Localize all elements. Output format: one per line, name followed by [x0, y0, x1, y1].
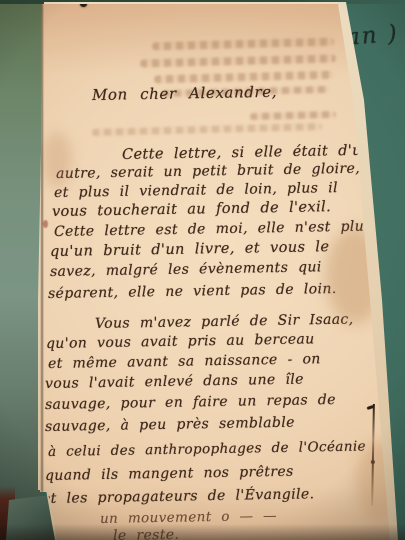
letter-line: Cette lettre est de moi, elle n'est plus — [54, 218, 372, 240]
letter-page: Mon cher Alexandre, Cette lettre, si ell… — [0, 0, 405, 540]
bleedthrough-line — [140, 54, 336, 67]
bleedthrough-line — [152, 38, 334, 51]
margin-ink-stroke — [371, 404, 375, 506]
letter-line: à celui des anthropophages de l'Océanie — [48, 438, 366, 460]
letter-line: et même avant sa naissance - on — [48, 351, 321, 372]
red-ink-speck — [43, 220, 48, 228]
background-left-surface — [0, 0, 42, 540]
letter-line: qu'un bruit d'un livre, et vous le — [50, 239, 330, 260]
letter-line: qu'on vous avait pris au berceau — [46, 331, 315, 352]
bleedthrough-line — [92, 123, 322, 136]
letter-line: le reste. — [113, 527, 180, 540]
bleedthrough-line — [250, 111, 336, 120]
letter-line: vous l'avait enlevé dans une île — [45, 371, 304, 392]
letter-line: Cette lettre, si elle était d'un — [122, 143, 372, 163]
letter-salutation: Mon cher Alexandre, — [92, 83, 277, 104]
letter-line: Vous m'avez parlé de Sir Isaac, — [95, 311, 354, 332]
letter-line: autre, serait un petit bruit de gloire, — [56, 161, 360, 182]
letter-line: sauvage, pour en faire un repas de — [45, 392, 336, 413]
letter-line: et plus il viendrait de loin, plus il — [54, 180, 338, 201]
letter-line: et les propagateurs de l'Évangile. — [42, 486, 315, 507]
letter-line: savez, malgré les évènements qui — [50, 259, 322, 280]
bleedthrough-line — [154, 71, 334, 84]
letter-line: quand ils mangent nos prêtres — [45, 464, 294, 484]
photo-of-handwritten-letter: an ) Mon cher Alexandre, Cette lettre, s… — [0, 0, 405, 540]
letter-line: vous toucherait au fond de l'exil. — [52, 199, 331, 220]
letter-line: un mouvement o — — — [100, 508, 277, 527]
letter-line: sauvage, à peu près semblable — [45, 415, 295, 435]
letter-line: séparent, elle ne vient pas de loin. — [48, 281, 337, 302]
